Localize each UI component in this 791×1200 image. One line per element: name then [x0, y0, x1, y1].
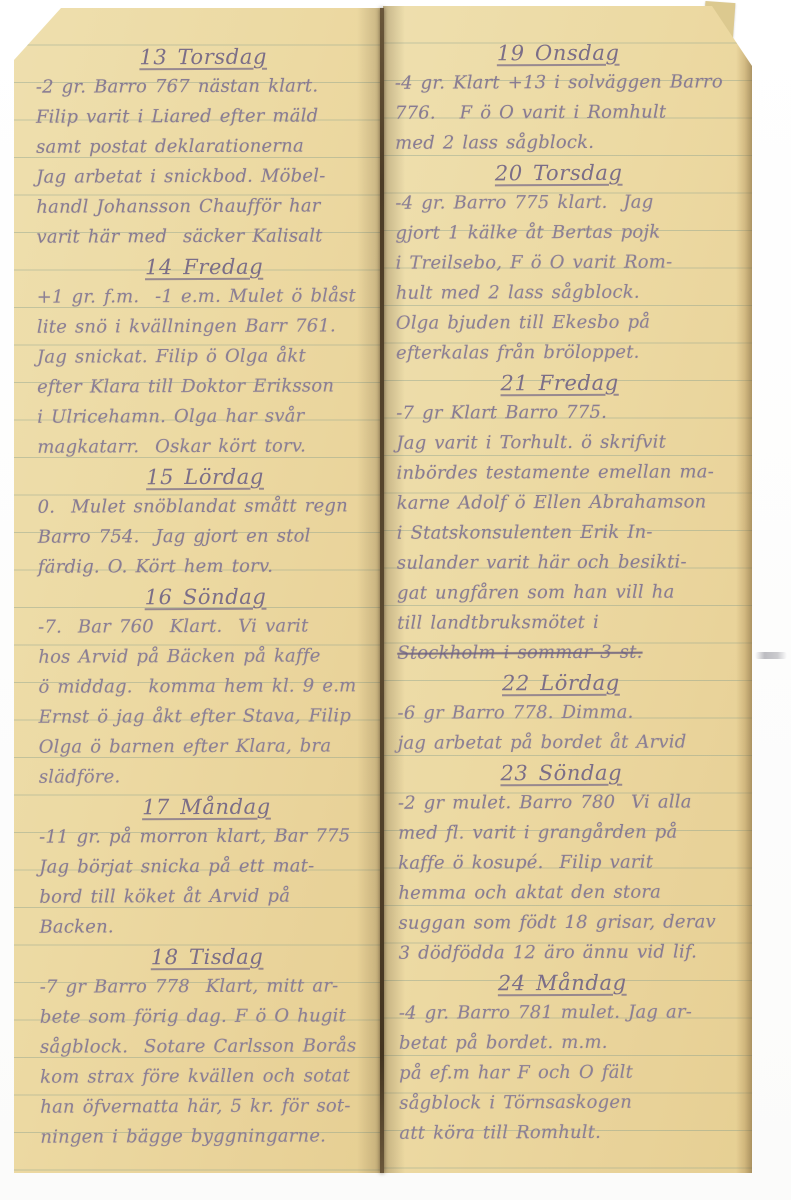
- entry-text-line: gat ungfåren som han vill ha: [397, 577, 724, 608]
- entry-text-line: ningen i bägge byggningarne.: [40, 1121, 375, 1152]
- entry-date-heading: 17 Måndag: [39, 791, 374, 822]
- diary-text-column-left: 13 Torsdag-2 gr. Barro 767 nästan klart.…: [11, 7, 385, 1174]
- entry-text-line: betat på bordet. m.m.: [399, 1027, 726, 1058]
- entry-text-line: sågblock. Sotare Carlsson Borås: [40, 1031, 375, 1062]
- diary-entry: 19 Onsdag-4 gr. Klart +13 i solväggen Ba…: [395, 37, 723, 158]
- entry-text-line: inbördes testamente emellan ma-: [396, 457, 723, 488]
- entry-text-line: -2 gr mulet. Barro 780 Vi alla: [398, 787, 725, 818]
- diary-entry: 13 Torsdag-2 gr. Barro 767 nästan klart.…: [36, 41, 372, 252]
- entry-text-line: kom strax före kvällen och sotat: [40, 1061, 375, 1092]
- entry-text-line: kaffe ö kosupé. Filip varit: [398, 847, 725, 878]
- entry-date-heading: 23 Söndag: [398, 757, 725, 788]
- entry-text-line: -6 gr Barro 778. Dimma.: [397, 697, 724, 728]
- entry-text-line: sulander varit här och besikti-: [397, 547, 724, 578]
- entry-text-line: lite snö i kvällningen Barr 761.: [37, 311, 372, 342]
- diary-entry: 22 Lördag-6 gr Barro 778. Dimma.jag arbe…: [397, 667, 724, 758]
- entry-text-line: jag arbetat på bordet åt Arvid: [398, 727, 725, 758]
- entry-text-line: -7. Bar 760 Klart. Vi varit: [38, 611, 373, 642]
- entry-date-heading: 13 Torsdag: [36, 41, 371, 72]
- entry-text-line: hos Arvid på Bäcken på kaffe: [38, 641, 373, 672]
- scanner-smudge: [755, 652, 787, 659]
- book-gutter-fold: [380, 8, 384, 1173]
- entry-text-line: hult med 2 lass sågblock.: [396, 277, 723, 308]
- entry-text-line: varit här med säcker Kalisalt: [36, 221, 371, 252]
- entry-text-line: Filip varit i Liared efter mäld: [36, 101, 371, 132]
- entry-date-heading: 16 Söndag: [38, 581, 373, 612]
- entry-text-line: slädföre.: [39, 761, 374, 792]
- entry-text-line: Jag börjat snicka på ett mat-: [39, 851, 374, 882]
- entry-date-heading: 22 Lördag: [397, 667, 724, 698]
- entry-text-line: Jag arbetat i snickbod. Möbel-: [36, 161, 371, 192]
- entry-text-line: samt postat deklarationerna: [36, 131, 371, 162]
- entry-text-line: Jag snickat. Filip ö Olga åkt: [37, 341, 372, 372]
- diary-entry: 16 Söndag-7. Bar 760 Klart. Vi varithos …: [38, 581, 374, 792]
- entry-date-heading: 21 Fredag: [396, 367, 723, 398]
- entry-text-line: +1 gr. f.m. -1 e.m. Mulet ö blåst: [37, 281, 372, 312]
- diary-entry: 15 Lördag0. Mulet snöblandat smått regnB…: [37, 461, 373, 582]
- entry-date-heading: 24 Måndag: [399, 967, 726, 998]
- entry-text-line: efterkalas från bröloppet.: [396, 337, 723, 368]
- entry-text-line: handl Johansson Chaufför har: [36, 191, 371, 222]
- entry-date-heading: 19 Onsdag: [395, 37, 722, 68]
- entry-text-line: -7 gr Barro 778 Klart, mitt ar-: [40, 971, 375, 1002]
- entry-date-heading: 15 Lördag: [37, 461, 372, 492]
- entry-text-line: färdig. O. Kört hem torv.: [38, 551, 373, 582]
- entry-text-line: med 2 lass sågblock.: [395, 127, 722, 158]
- entry-text-line: Stockholm i sommar 3 st.: [397, 637, 724, 668]
- entry-text-line: efter Klara till Doktor Eriksson: [37, 371, 372, 402]
- entry-text-line: i Ulricehamn. Olga har svår: [37, 401, 372, 432]
- entry-text-line: hemma och aktat den stora: [398, 877, 725, 908]
- entry-text-line: Backen.: [39, 911, 374, 942]
- entry-text-line: -11 gr. på morron klart, Bar 775: [39, 821, 374, 852]
- diary-entry: 17 Måndag-11 gr. på morron klart, Bar 77…: [39, 791, 375, 942]
- entry-text-line: -4 gr. Klart +13 i solväggen Barro: [395, 67, 722, 98]
- entry-text-line: -4 gr. Barro 781 mulet. Jag ar-: [399, 997, 726, 1028]
- entry-text-line: 0. Mulet snöblandat smått regn: [38, 491, 373, 522]
- entry-text-line: i Statskonsulenten Erik In-: [397, 517, 724, 548]
- entry-text-line: -4 gr. Barro 775 klart. Jag: [395, 187, 722, 218]
- entry-text-line: sågblock i Törnsaskogen: [399, 1087, 726, 1118]
- entry-text-line: karne Adolf ö Ellen Abrahamson: [397, 487, 724, 518]
- diary-page-right: 19 Onsdag-4 gr. Klart +13 i solväggen Ba…: [383, 6, 752, 1173]
- diary-entry: 24 Måndag-4 gr. Barro 781 mulet. Jag ar-…: [399, 967, 727, 1148]
- diary-entry: 20 Torsdag-4 gr. Barro 775 klart. Jaggjo…: [395, 157, 723, 368]
- entry-text-line: gjort 1 kälke åt Bertas pojk: [395, 217, 722, 248]
- entry-text-line: att köra till Romhult.: [399, 1117, 726, 1148]
- entry-text-line: magkatarr. Oskar kört torv.: [37, 431, 372, 462]
- entry-text-line: Olga bjuden till Ekesbo på: [396, 307, 723, 338]
- diary-page-left: 13 Torsdag-2 gr. Barro 767 nästan klart.…: [14, 8, 383, 1173]
- entry-text-line: ö middag. komma hem kl. 9 e.m: [38, 671, 373, 702]
- diary-entry: 23 Söndag-2 gr mulet. Barro 780 Vi allam…: [398, 757, 726, 968]
- entry-text-line: han öfvernatta här, 5 kr. för sot-: [40, 1091, 375, 1122]
- entry-text-line: Barro 754. Jag gjort en stol: [38, 521, 373, 552]
- entry-date-heading: 20 Torsdag: [395, 157, 722, 188]
- entry-text-line: -7 gr Klart Barro 775.: [396, 397, 723, 428]
- entry-text-line: bord till köket åt Arvid på: [39, 881, 374, 912]
- entry-text-line: 3 dödfödda 12 äro ännu vid lif.: [399, 937, 726, 968]
- diary-entry: 14 Fredag+1 gr. f.m. -1 e.m. Mulet ö blå…: [37, 251, 373, 462]
- diary-entry: 21 Fredag-7 gr Klart Barro 775.Jag varit…: [396, 367, 724, 668]
- entry-text-line: på ef.m har F och O fält: [399, 1057, 726, 1088]
- entry-date-heading: 18 Tisdag: [40, 941, 375, 972]
- entry-text-line: 776. F ö O varit i Romhult: [395, 97, 722, 128]
- entry-text-line: -2 gr. Barro 767 nästan klart.: [36, 71, 371, 102]
- entry-text-line: Jag varit i Torhult. ö skrifvit: [396, 427, 723, 458]
- diary-text-column-right: 19 Onsdag-4 gr. Klart +13 i solväggen Ba…: [380, 5, 754, 1174]
- entry-text-line: Ernst ö jag åkt efter Stava, Filip: [38, 701, 373, 732]
- entry-text-line: bete som förig dag. F ö O hugit: [40, 1001, 375, 1032]
- entry-text-line: med fl. varit i grangården på: [398, 817, 725, 848]
- entry-date-heading: 14 Fredag: [37, 251, 372, 282]
- diary-entry: 18 Tisdag-7 gr Barro 778 Klart, mitt ar-…: [40, 941, 376, 1152]
- entry-text-line: till landtbruksmötet i: [397, 607, 724, 638]
- entry-text-line: Olga ö barnen efter Klara, bra: [39, 731, 374, 762]
- entry-text-line: i Treilsebo, F ö O varit Rom-: [396, 247, 723, 278]
- entry-text-line: suggan som födt 18 grisar, derav: [398, 907, 725, 938]
